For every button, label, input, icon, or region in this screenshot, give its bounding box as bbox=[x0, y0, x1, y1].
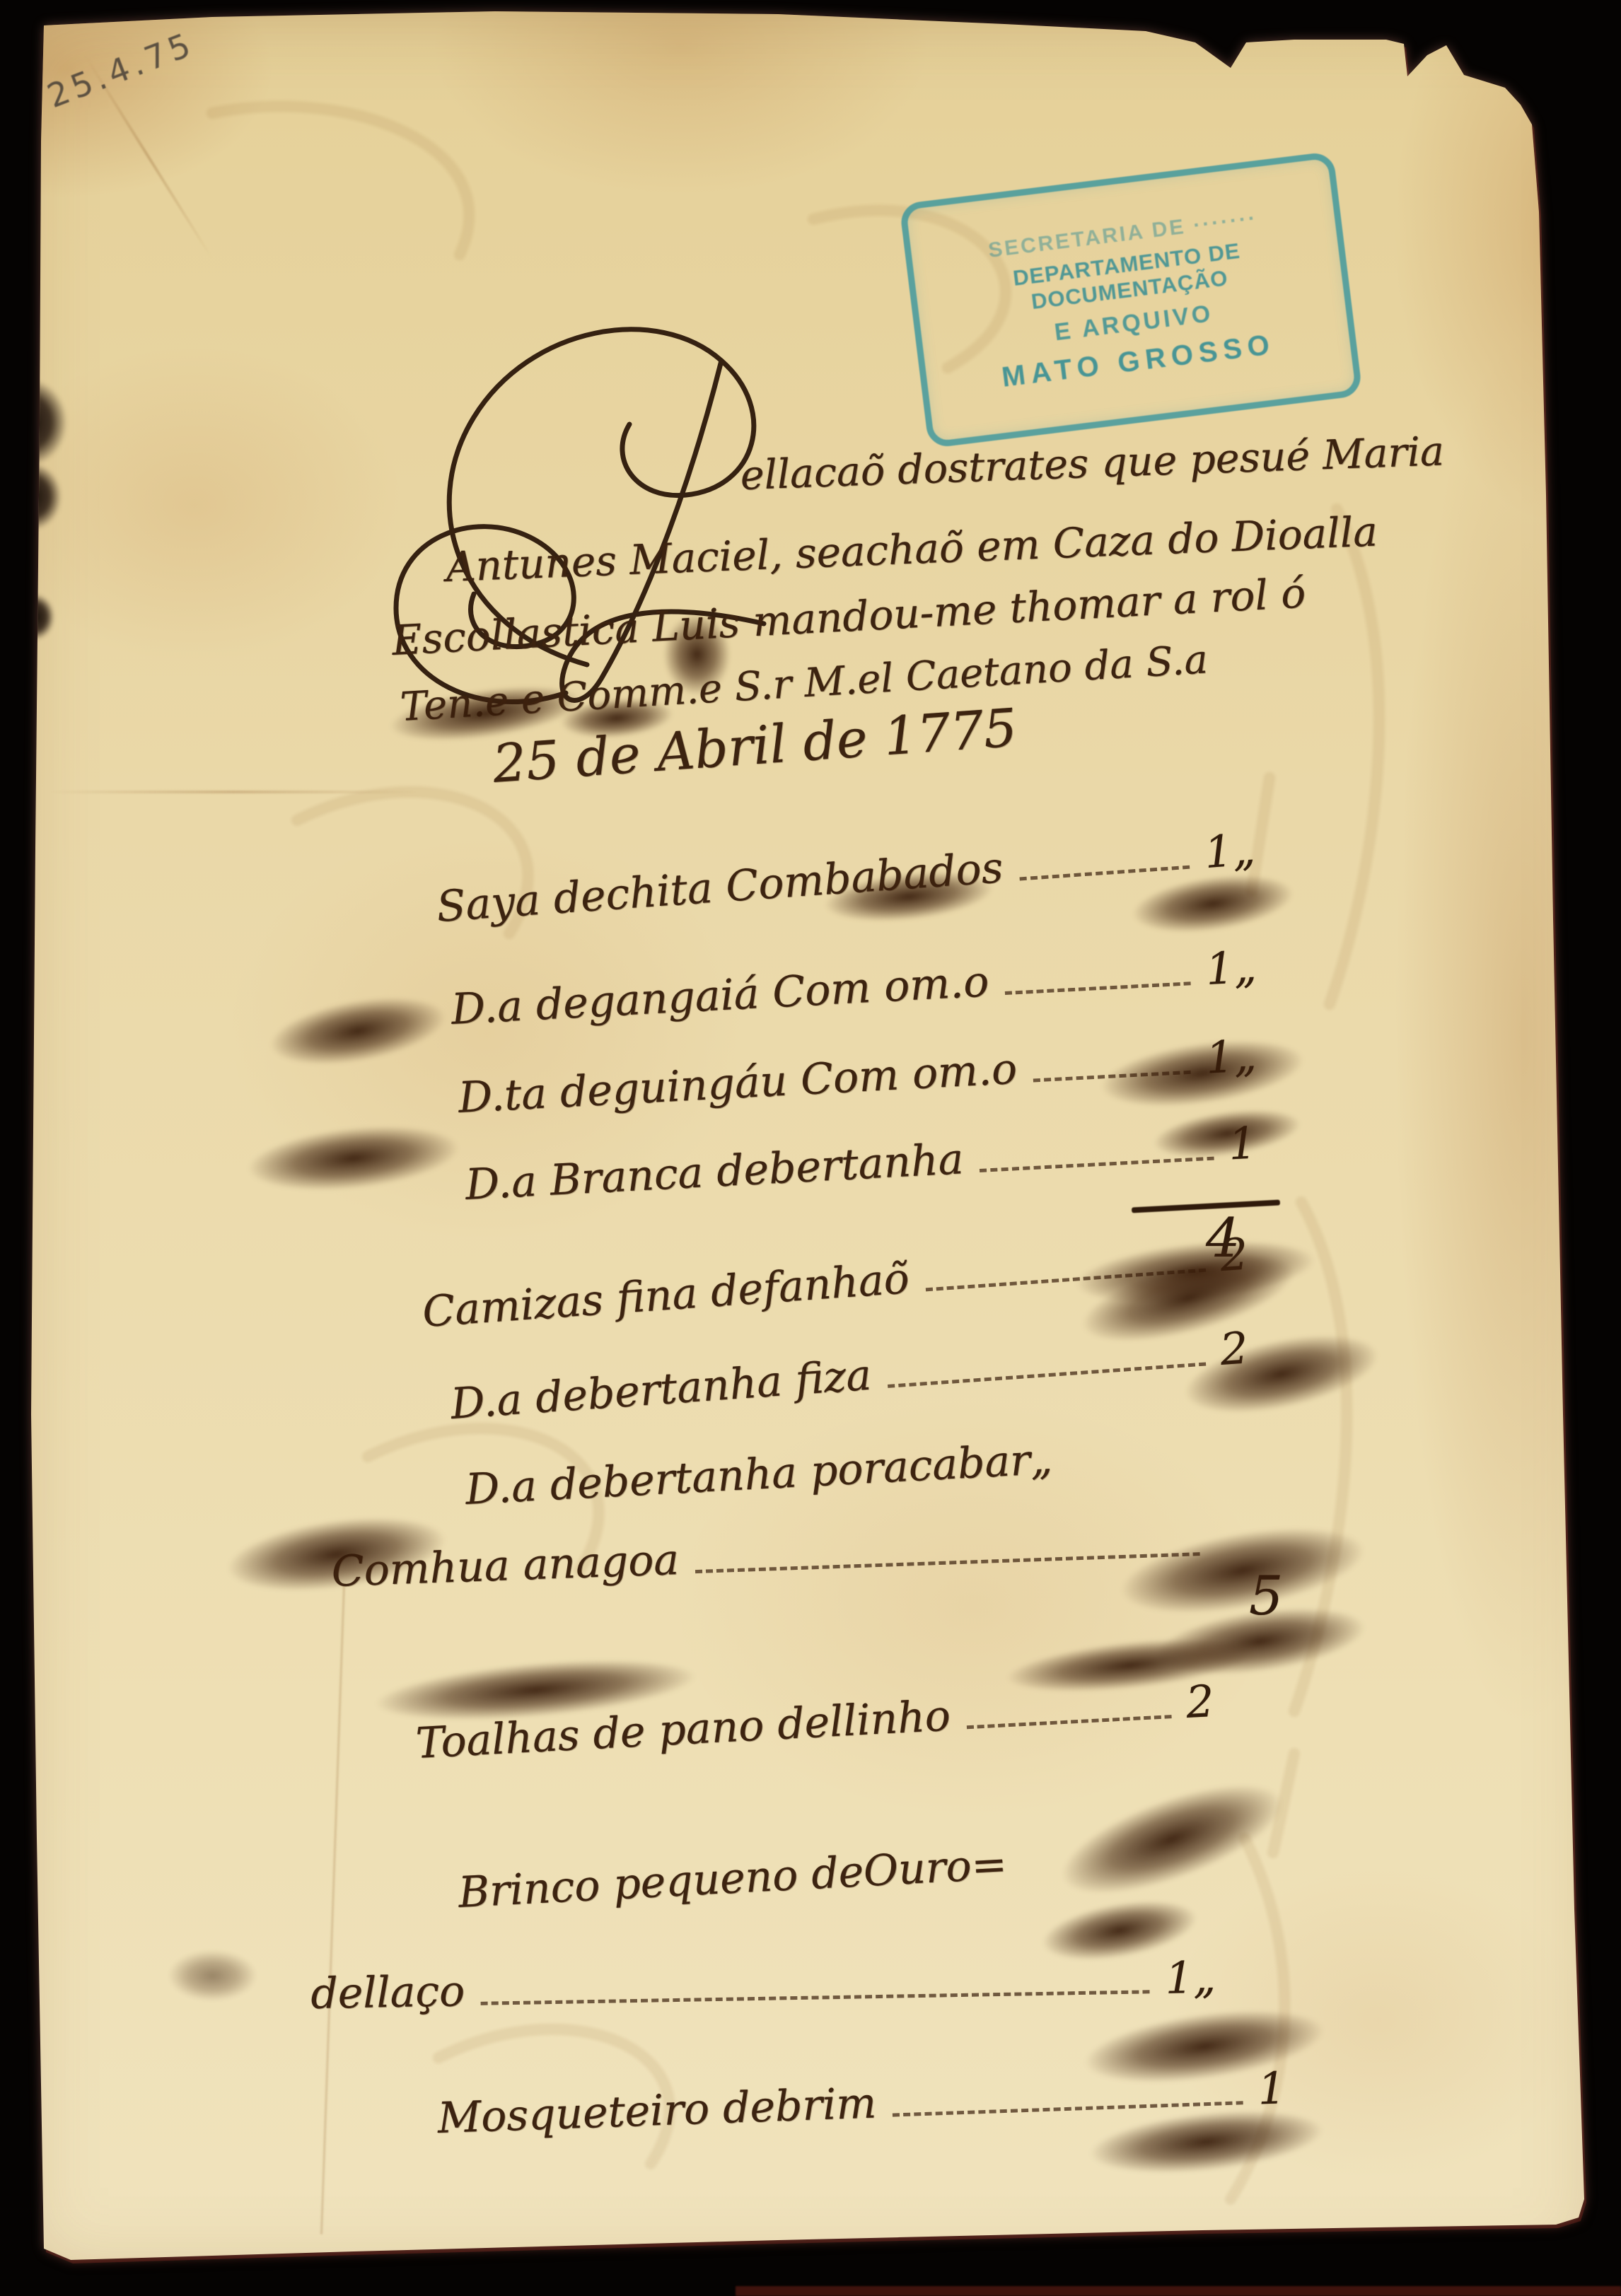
ink-blot bbox=[1, 463, 62, 530]
ink-blot bbox=[16, 594, 54, 640]
item-quantity: 1„ bbox=[1203, 823, 1257, 878]
dotted-leader bbox=[1005, 981, 1191, 995]
scanner-background: 25.4.75 SECRETARIA DE ······· DEPARTAMEN… bbox=[0, 0, 1621, 2296]
item-quantity: 1„ bbox=[1165, 1952, 1216, 2004]
fold-crease-horizontal bbox=[50, 791, 417, 793]
item-quantity: 2 bbox=[1185, 1675, 1215, 1728]
stamp-line-mato-grosso: MATO GROSSO bbox=[1000, 329, 1277, 394]
adjacent-document-edge bbox=[736, 2286, 1621, 2296]
item-quantity: 1„ bbox=[1204, 940, 1257, 995]
ink-smear bbox=[168, 1950, 257, 2001]
dotted-leader bbox=[1019, 866, 1190, 881]
ink-smear bbox=[663, 614, 731, 695]
item-label: dellaço bbox=[310, 1966, 465, 2019]
manuscript-page: 25.4.75 SECRETARIA DE ······· DEPARTAMEN… bbox=[0, 0, 1621, 2296]
dotted-leader bbox=[980, 1157, 1214, 1172]
dotted-leader bbox=[966, 1715, 1171, 1729]
item-quantity: 1 bbox=[1257, 2062, 1286, 2114]
dotted-leader bbox=[480, 1990, 1150, 2005]
